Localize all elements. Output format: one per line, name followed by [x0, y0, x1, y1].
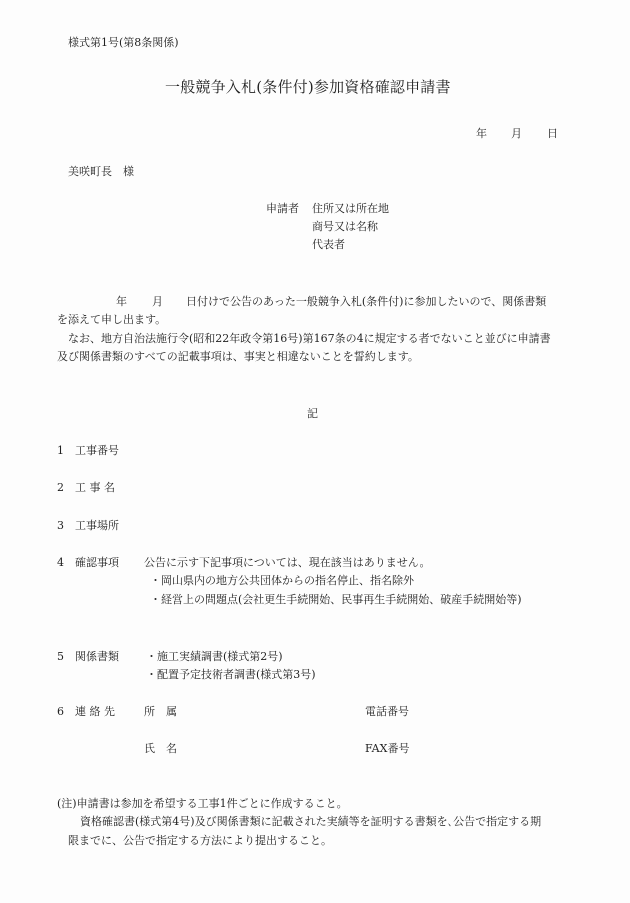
body-line2: を添えて申し出ます。 — [57, 314, 166, 325]
body-line3: なお、地方自治法施行令(昭和22年政令第16号)第167条の4に規定する者でない… — [68, 333, 551, 344]
form-number: 様式第1号(第8条関係) — [68, 37, 179, 48]
document-title: 一般競争入札(条件付)参加資格確認申請書 — [165, 80, 451, 95]
body-year: 年 — [116, 296, 127, 307]
item-5-line-1: ・施工実績調書(様式第2号) — [146, 651, 283, 662]
date-month: 月 — [511, 128, 522, 139]
date-year: 年 — [476, 128, 487, 139]
applicant-address: 住所又は所在地 — [312, 203, 389, 214]
item-1-number: 1 — [57, 445, 64, 456]
body-line4: 及び関係書類のすべての記載事項は、事実と相違ないことを誓約します。 — [57, 351, 419, 362]
item-2-label: 工 事 名 — [75, 482, 115, 493]
contact-name: 氏 名 — [144, 743, 177, 754]
contact-affiliation: 所 属 — [144, 706, 177, 717]
body-month: 月 — [152, 296, 163, 307]
item-4-label: 確認事項 — [75, 557, 119, 568]
contact-fax: FAX番号 — [365, 743, 409, 754]
item-5-line-2: ・配置予定技術者調書(様式第3号) — [146, 669, 316, 680]
item-4-line-3: ・経営上の問題点(会社更生手続開始、民事再生手続開始、破産手続開始等) — [150, 594, 522, 605]
item-6-number: 6 — [57, 706, 64, 717]
item-3-label: 工事場所 — [75, 520, 119, 531]
item-3-number: 3 — [57, 520, 64, 531]
body-line1: 日付けで公告のあった一般競争入札(条件付)に参加したいので、関係書類 — [186, 296, 546, 307]
item-5-number: 5 — [57, 651, 64, 662]
contact-phone: 電話番号 — [365, 706, 409, 717]
item-4-line-2: ・岡山県内の地方公共団体からの指名停止、指名除外 — [150, 575, 414, 586]
note-line-3: 限までに、公告で指定する方法により提出すること。 — [68, 835, 332, 846]
item-4-number: 4 — [57, 557, 64, 568]
addressee: 美咲町長 様 — [68, 166, 134, 177]
item-4-line-1: 公告に示す下記事項については、現在該当はありません。 — [144, 557, 430, 568]
item-2-number: 2 — [57, 482, 64, 493]
note-line-1: (注)申請書は参加を希望する工事1件ごとに作成すること。 — [57, 798, 348, 809]
note-line-2: 資格確認書(様式第4号)及び関係書類に記載された実績等を証明する書類を､公告で指… — [80, 816, 541, 827]
applicant-label: 申請者 — [266, 203, 299, 214]
item-1-label: 工事番号 — [75, 445, 119, 456]
applicant-representative: 代表者 — [312, 239, 345, 250]
item-5-label: 関係書類 — [75, 651, 119, 662]
applicant-company: 商号又は名称 — [312, 221, 378, 232]
ki-heading: 記 — [307, 408, 318, 419]
date-day: 日 — [547, 128, 558, 139]
item-6-label: 連 絡 先 — [75, 706, 115, 717]
